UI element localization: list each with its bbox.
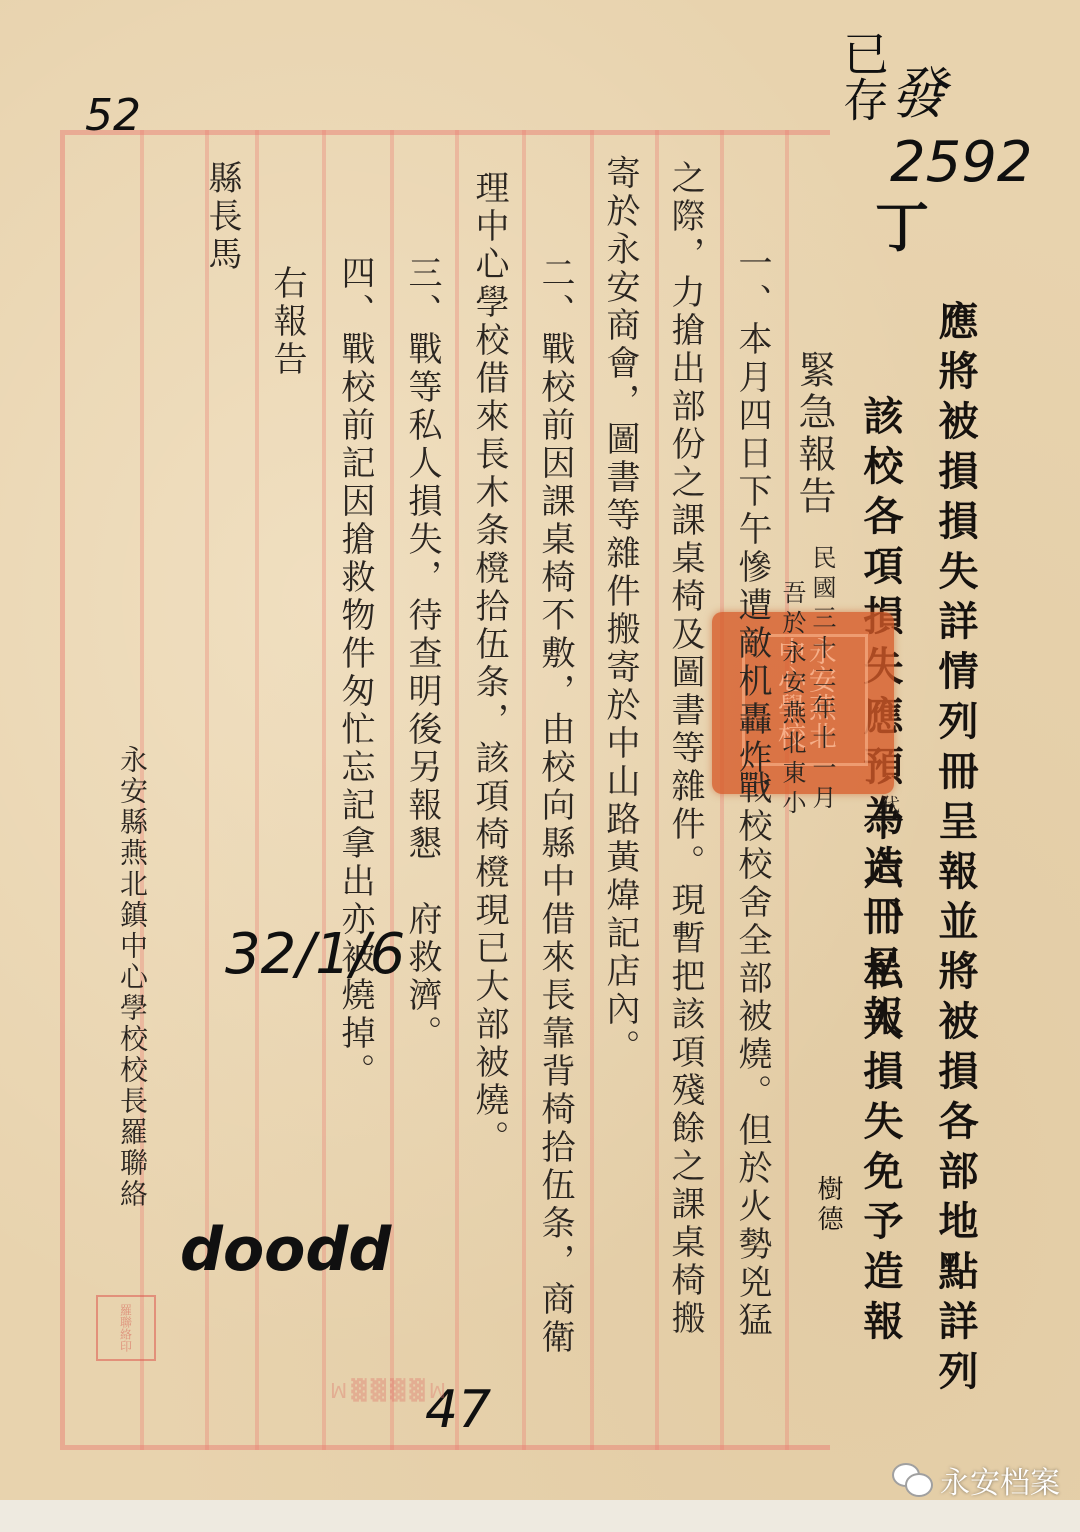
grid-line bbox=[590, 130, 594, 1450]
body-column-3: 寄於永安商會，圖書等雜件搬寄於中山路黃煒記店內。 bbox=[603, 155, 637, 1067]
grid-line bbox=[655, 130, 659, 1450]
bleed-through-stamp: M▓▓▓▓M bbox=[330, 1378, 450, 1402]
dispatch-number: 發 2592 bbox=[890, 50, 1080, 195]
grid-line bbox=[455, 130, 459, 1450]
body-column-2: 之際，力搶出部份之課桌椅及圖書等雜件。現暫把該項殘餘之課桌椅搬 bbox=[668, 160, 702, 1338]
wechat-icon bbox=[892, 1463, 932, 1497]
filed-mark: 已存 bbox=[830, 30, 896, 122]
scan-background bbox=[0, 1500, 1080, 1532]
watermark: 永安档案 bbox=[892, 1458, 1060, 1502]
report-title: 緊急報告 bbox=[795, 350, 833, 518]
closing-phrase: 右報告 bbox=[270, 265, 304, 379]
grid-line bbox=[522, 130, 526, 1450]
body-column-5: 理中心學校借來長木条櫈拾伍条，該項椅櫈現已大部被燒。 bbox=[472, 170, 506, 1158]
date-note: 32/1/6 bbox=[225, 930, 285, 980]
category-mark: 丁 bbox=[875, 185, 929, 262]
report-sender: 吾於永安燕北東小 bbox=[780, 580, 804, 820]
instruction-annotation: 代 bbox=[880, 795, 898, 817]
report-date: 民國三十二年十一月 bbox=[810, 545, 834, 815]
instruction-signature: 樹德 bbox=[815, 1175, 841, 1235]
body-column-6: 三、戰等私人損失，待查明後另報懇 府救濟。 bbox=[405, 255, 439, 1053]
addressee: 縣長馬 bbox=[205, 160, 239, 274]
watermark-label: 永安档案 bbox=[940, 1458, 1060, 1502]
signature-column: 永安縣燕北鎮中心學校校長羅聯絡 bbox=[118, 745, 146, 1210]
body-column-1b: 戰校校舍全部被燒。但於火勢兇猛 bbox=[735, 770, 769, 1340]
signature-seal: 羅聯絡印 bbox=[96, 1295, 156, 1361]
body-column-4: 二、戰校前因課桌椅不敷，由校向縣中借來長靠背椅拾伍条，商衛 bbox=[538, 255, 572, 1357]
instruction-column-1: 應將被損損失詳情列冊呈報並將被損各部地點詳列 bbox=[935, 300, 975, 1400]
top-left-number: 52 bbox=[85, 90, 141, 141]
instruction-column-3: 十六、私人損失免予造報 bbox=[860, 800, 900, 1350]
body-column-1: 一、本月四日下午慘遭敵机轟炸， bbox=[735, 245, 769, 815]
scrawl-note: doodd bbox=[180, 1215, 391, 1285]
